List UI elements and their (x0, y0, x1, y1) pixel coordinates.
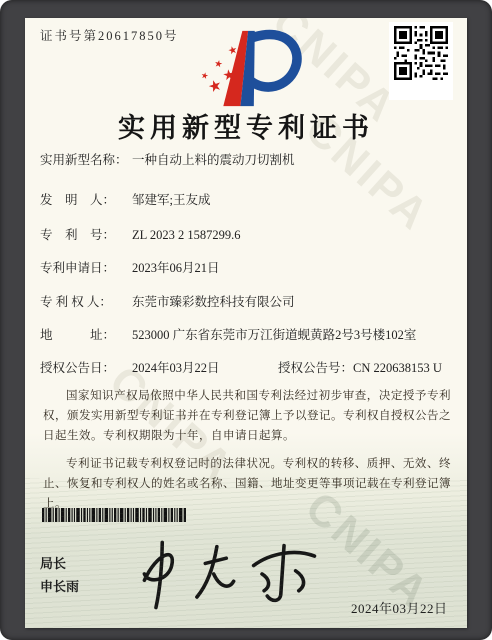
field-label: 地 址： (40, 325, 132, 343)
field-label: 授权公告日： (40, 358, 132, 376)
field-value: 2023年06月21日 (132, 261, 220, 275)
field-row-grant: 授权公告日：2024年03月22日 授权公告号：CN 220638153 U (40, 358, 455, 376)
grant-no-pair: 授权公告号：CN 220638153 U (278, 358, 442, 376)
signature-stroke (197, 547, 217, 597)
field-label: 专利申请日： (40, 258, 132, 276)
field-value: 523000 广东省东莞市万江街道蚬黄路2号3号楼102室 (132, 328, 416, 342)
grant-number: CN 220638153 U (353, 361, 442, 375)
certificate-number: 证书号第20617850号 (40, 26, 179, 44)
grant-date: 2024年03月22日 (132, 361, 220, 375)
signature-stroke (144, 555, 172, 581)
director-title: 局长 (40, 552, 79, 575)
director-signature (115, 536, 325, 614)
logo-star: ★ (227, 44, 239, 58)
certificate-paper: CNIPA CNIPA CNIPA CNIPA 证书号第20617850号 ★ … (25, 18, 467, 628)
qr-code (394, 26, 448, 80)
logo-star: ★ (206, 75, 225, 96)
field-value: 东莞市臻彩数控科技有限公司 (132, 295, 295, 309)
field-value: 邹建军;王友成 (132, 193, 210, 207)
certificate-title: 实用新型专利证书 (25, 106, 467, 145)
field-row-filing-date: 专利申请日：2023年06月21日 (40, 258, 220, 276)
field-row-name: 实用新型名称：一种自动上料的震动刀切割机 (40, 150, 295, 168)
director-block: 局长 申长雨 (40, 552, 79, 598)
qr-code-panel (389, 22, 453, 100)
field-row-patentee: 专 利 权 人：东莞市臻彩数控科技有限公司 (40, 292, 295, 310)
field-value: ZL 2023 2 1587299.6 (132, 228, 241, 242)
issue-date: 2024年03月22日 (351, 598, 448, 617)
field-label: 授权公告号： (278, 361, 353, 375)
field-label: 发 明 人： (40, 190, 132, 208)
barcode (42, 508, 186, 522)
cnipa-logo: ★ ★ ★ ★ ★ (175, 28, 325, 110)
signature-stroke (262, 574, 269, 591)
field-label: 实用新型名称： (40, 150, 132, 168)
director-name: 申长雨 (40, 575, 79, 598)
legal-paragraph-1: 国家知识产权局依照中华人民共和国专利法经过初步审查，决定授予专利权，颁发实用新型… (43, 386, 451, 446)
photo-frame: CNIPA CNIPA CNIPA CNIPA 证书号第20617850号 ★ … (0, 0, 492, 640)
field-row-inventor: 发 明 人：邹建军;王友成 (40, 190, 210, 208)
logo-blue-bowl (250, 34, 297, 87)
signature-stroke (214, 574, 234, 586)
legal-paragraph-2: 专利证书记载专利权登记时的法律状况。专利权的转移、质押、无效、终止、恢复和专利权… (43, 454, 451, 514)
signature-stroke (205, 558, 226, 563)
signature-stroke (296, 571, 304, 591)
legal-text: 国家知识产权局依照中华人民共和国专利法经过初步审查，决定授予专利权，颁发实用新型… (43, 386, 451, 522)
field-label: 专 利 权 人： (40, 292, 132, 310)
signature-stroke (156, 542, 162, 607)
field-row-patent-no: 专 利 号：ZL 2023 2 1587299.6 (40, 225, 241, 243)
field-value: 一种自动上料的震动刀切割机 (132, 153, 295, 167)
field-label: 专 利 号： (40, 225, 132, 243)
field-row-address: 地 址：523000 广东省东莞市万江街道蚬黄路2号3号楼102室 (40, 325, 416, 343)
logo-star: ★ (222, 67, 237, 85)
